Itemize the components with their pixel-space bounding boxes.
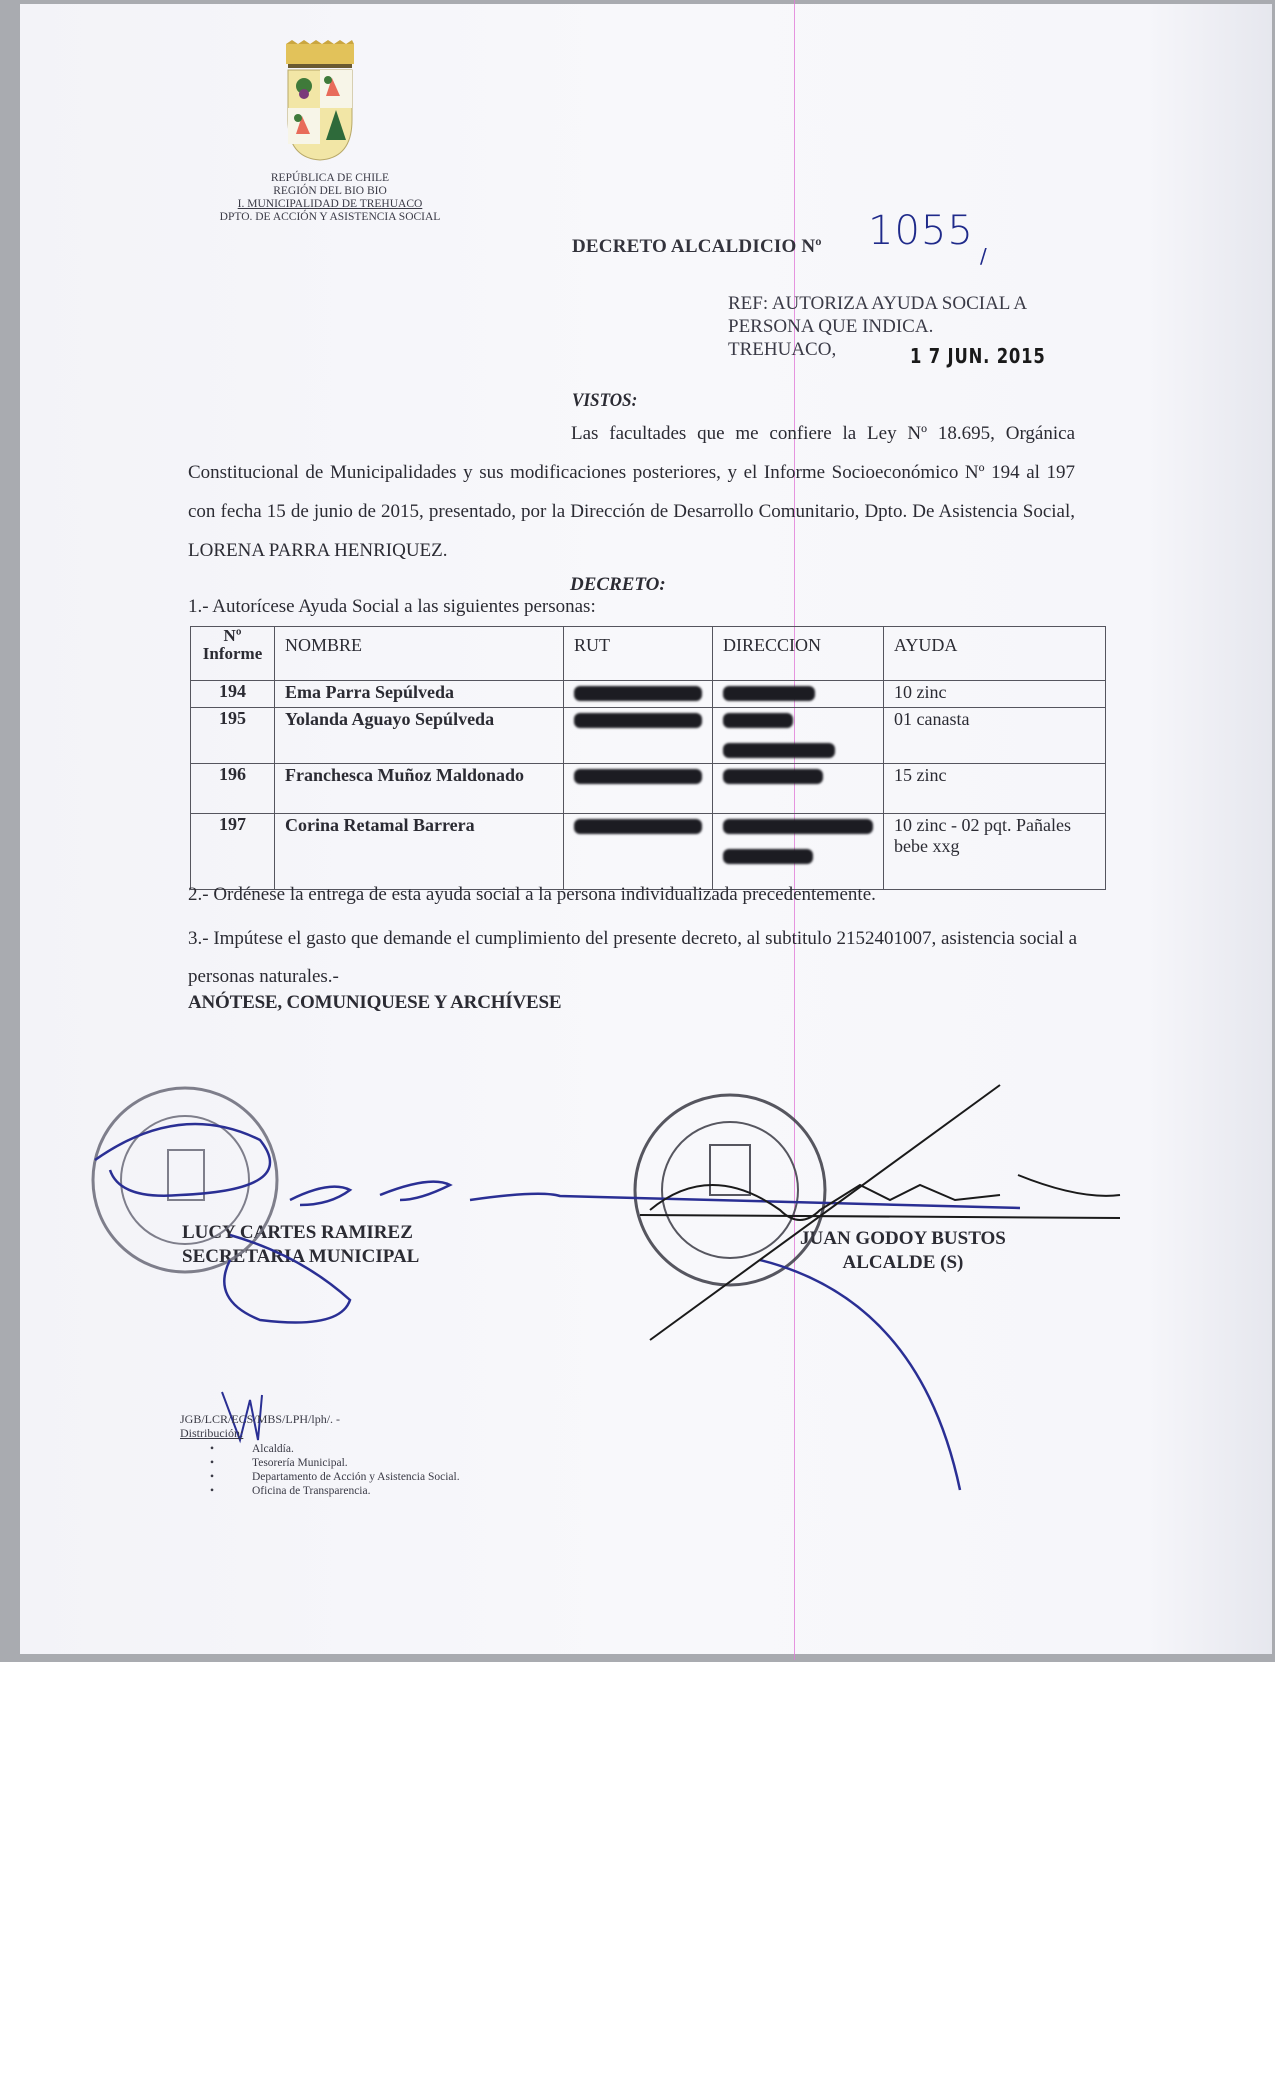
- distribution-item: Alcaldía.: [210, 1442, 460, 1456]
- mayor-seal-icon: [635, 1095, 825, 1285]
- drafter-initials: JGB/LCR/ECS/MBS/LPH/lph/. -: [180, 1412, 340, 1427]
- distribution-item: Departamento de Acción y Asistencia Soci…: [210, 1470, 460, 1484]
- distribution-item: Oficina de Transparencia.: [210, 1484, 460, 1498]
- distribution-label: Distribución:: [180, 1426, 243, 1441]
- secretary-seal-icon: [93, 1088, 277, 1272]
- distribution-item: Tesorería Municipal.: [210, 1456, 460, 1470]
- handwritten-signature-right-icon: [640, 1085, 1120, 1340]
- distribution-list: Alcaldía. Tesorería Municipal. Departame…: [210, 1442, 460, 1498]
